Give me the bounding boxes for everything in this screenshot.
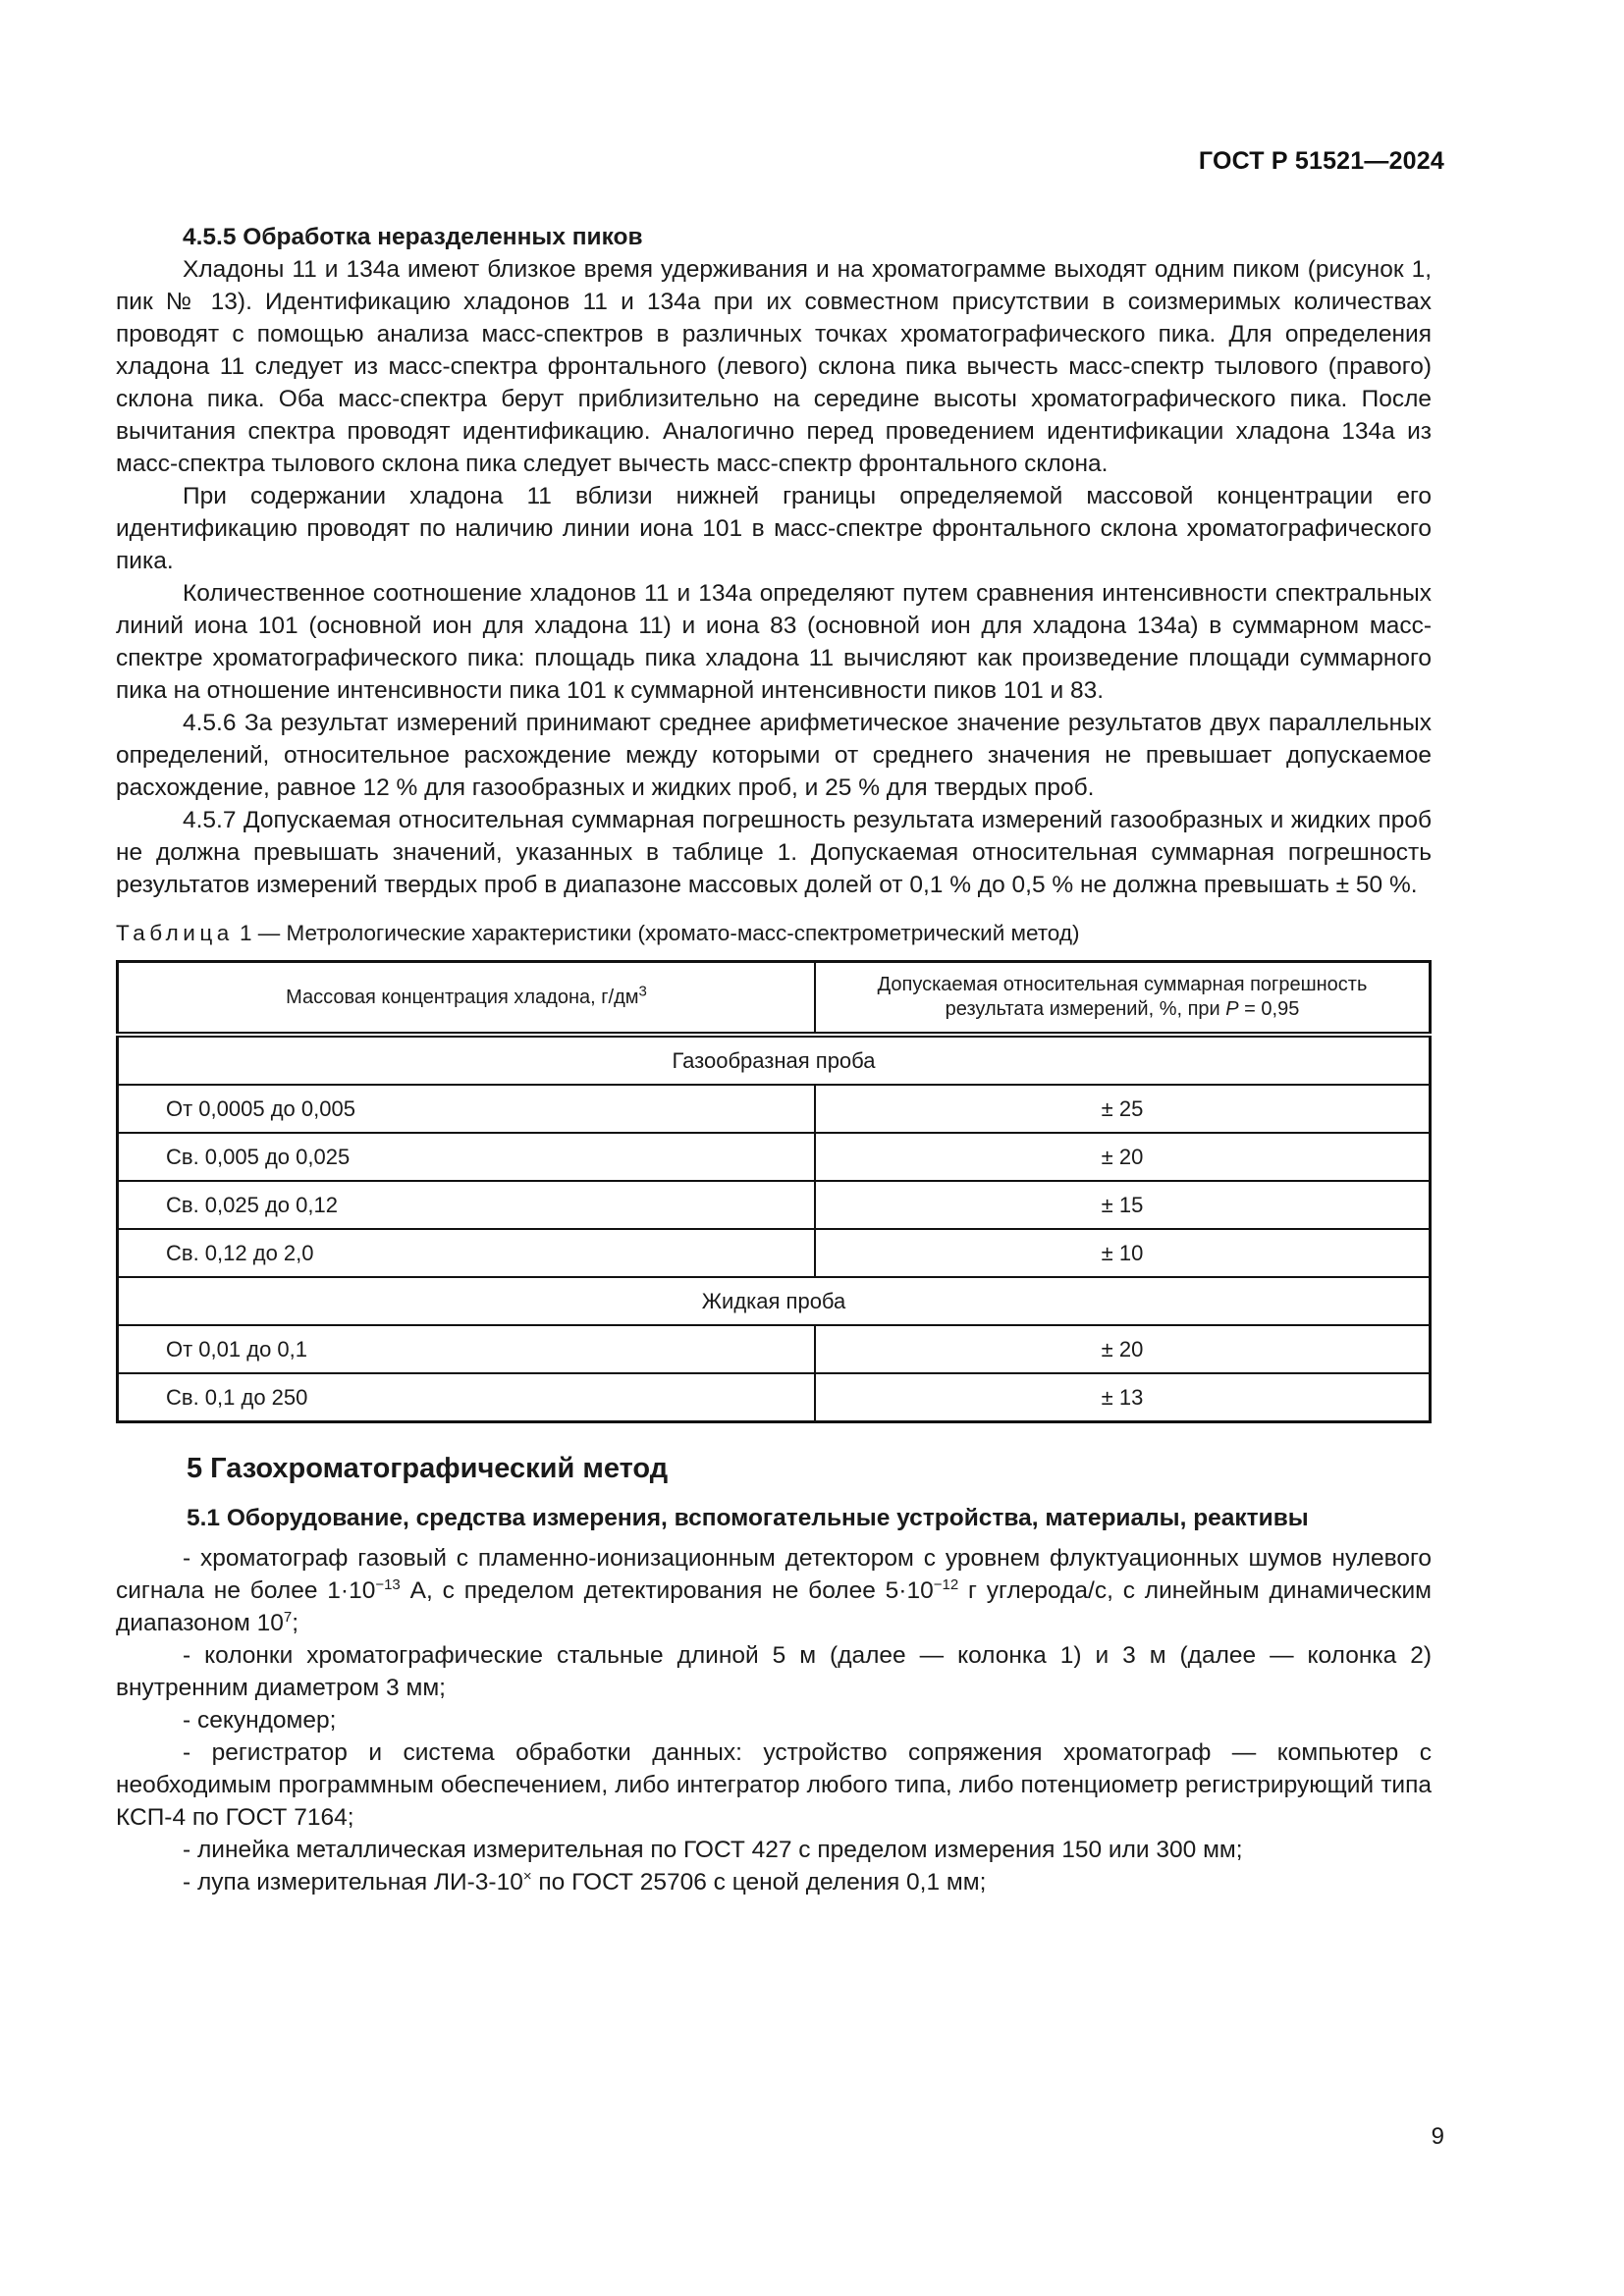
cell-error: ± 20 — [815, 1325, 1431, 1373]
table-caption-title: 1 — Метрологические характеристики (хром… — [234, 921, 1080, 945]
cell-range: Св. 0,12 до 2,0 — [118, 1229, 816, 1277]
group-label-gas: Газообразная проба — [118, 1035, 1431, 1085]
page-content: 4.5.5 Обработка неразделенных пиков Хлад… — [116, 221, 1432, 1898]
section-5-heading: 5 Газохроматографический метод — [116, 1449, 1432, 1488]
table-row: Св. 0,005 до 0,025 ± 20 — [118, 1133, 1431, 1181]
paragraph: При содержании хладона 11 вблизи нижней … — [116, 480, 1432, 577]
column-header-concentration: Массовая концентрация хладона, г/дм3 — [118, 962, 816, 1036]
document-id-header: ГОСТ Р 51521—2024 — [1199, 147, 1444, 176]
section-4-5-7-paragraph: 4.5.7 Допускаемая относительная суммарна… — [116, 804, 1432, 901]
cell-range: Св. 0,1 до 250 — [118, 1373, 816, 1422]
cell-error: ± 15 — [815, 1181, 1431, 1229]
table-row: Св. 0,1 до 250 ± 13 — [118, 1373, 1431, 1422]
table-caption: Таблица 1 — Метрологические характеристи… — [116, 919, 1432, 948]
table-row: Св. 0,025 до 0,12 ± 15 — [118, 1181, 1431, 1229]
equipment-item-recorder: - регистратор и система обработки данных… — [116, 1736, 1432, 1834]
cell-range: Св. 0,005 до 0,025 — [118, 1133, 816, 1181]
table-row: Св. 0,12 до 2,0 ± 10 — [118, 1229, 1431, 1277]
group-label-liquid: Жидкая проба — [118, 1277, 1431, 1325]
cell-range: От 0,01 до 0,1 — [118, 1325, 816, 1373]
section-5-1-heading: 5.1 Оборудование, средства измерения, вс… — [116, 1502, 1432, 1534]
section-4-5-6-paragraph: 4.5.6 За результат измерений принимают с… — [116, 707, 1432, 804]
cell-range: От 0,0005 до 0,005 — [118, 1085, 816, 1133]
equipment-item-columns: - колонки хроматографические стальные дл… — [116, 1639, 1432, 1704]
paragraph: Хладоны 11 и 134а имеют близкое время уд… — [116, 253, 1432, 480]
table-row: От 0,0005 до 0,005 ± 25 — [118, 1085, 1431, 1133]
table-caption-label: Таблица — [116, 921, 234, 945]
cell-error: ± 10 — [815, 1229, 1431, 1277]
cell-error: ± 25 — [815, 1085, 1431, 1133]
column-header-error: Допускаемая относительная суммарная погр… — [815, 962, 1431, 1036]
equipment-item-ruler: - линейка металлическая измерительная по… — [116, 1834, 1432, 1866]
cell-range: Св. 0,025 до 0,12 — [118, 1181, 816, 1229]
cell-error: ± 20 — [815, 1133, 1431, 1181]
page-number: 9 — [1432, 2123, 1444, 2151]
table-group-row: Жидкая проба — [118, 1277, 1431, 1325]
table-row: От 0,01 до 0,1 ± 20 — [118, 1325, 1431, 1373]
equipment-item-chromatograph: - хроматограф газовый с пламенно-ионизац… — [116, 1542, 1432, 1639]
table-group-row: Газообразная проба — [118, 1035, 1431, 1085]
equipment-item-stopwatch: - секундомер; — [116, 1704, 1432, 1736]
equipment-item-magnifier: - лупа измерительная ЛИ-3-10× по ГОСТ 25… — [116, 1866, 1432, 1898]
metrology-table: Массовая концентрация хладона, г/дм3 Доп… — [116, 960, 1432, 1423]
document-page: ГОСТ Р 51521—2024 4.5.5 Обработка неразд… — [0, 0, 1624, 2296]
paragraph: Количественное соотношение хладонов 11 и… — [116, 577, 1432, 707]
section-4-5-5-heading: 4.5.5 Обработка неразделенных пиков — [116, 221, 1432, 253]
cell-error: ± 13 — [815, 1373, 1431, 1422]
table-header-row: Массовая концентрация хладона, г/дм3 Доп… — [118, 962, 1431, 1036]
